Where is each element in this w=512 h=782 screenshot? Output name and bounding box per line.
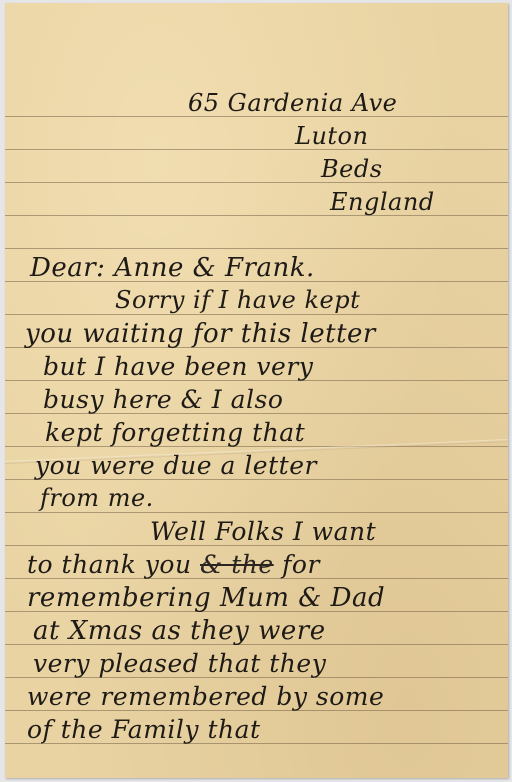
body-line: busy here & I also: [43, 387, 283, 412]
body-line: at Xmas as they were: [33, 618, 326, 644]
body-text: for: [282, 550, 320, 579]
address-line-county: Beds: [321, 157, 383, 181]
body-line: were remembered by some: [27, 684, 384, 709]
address-line-street: 65 Gardenia Ave: [188, 91, 397, 115]
ruled-line: [5, 512, 508, 513]
ruled-line: [5, 149, 508, 150]
body-line: from me.: [40, 486, 154, 510]
ruled-line: [5, 248, 508, 249]
letter-page: 65 Gardenia Ave Luton Beds England Dear:…: [5, 3, 508, 778]
body-line: kept forgetting that: [45, 420, 305, 445]
body-line: you waiting for this letter: [25, 321, 376, 347]
body-line: of the Family that: [27, 717, 261, 742]
body-line: remembering Mum & Dad: [27, 585, 385, 611]
body-line: to thank you & the for: [27, 552, 320, 577]
ruled-line: [5, 182, 508, 183]
address-line-town: Luton: [295, 124, 368, 148]
body-line: very pleased that they: [33, 651, 326, 676]
body-line: but I have been very: [43, 354, 313, 379]
body-line: you were due a letter: [35, 453, 317, 478]
body-line: Well Folks I want: [150, 519, 376, 544]
body-text: to thank you: [27, 550, 192, 579]
crossed-out-text: & the: [200, 550, 274, 579]
address-line-country: England: [330, 190, 435, 214]
ruled-line: [5, 314, 508, 315]
body-line: Sorry if I have kept: [115, 288, 360, 312]
salutation: Dear: Anne & Frank.: [30, 255, 315, 281]
